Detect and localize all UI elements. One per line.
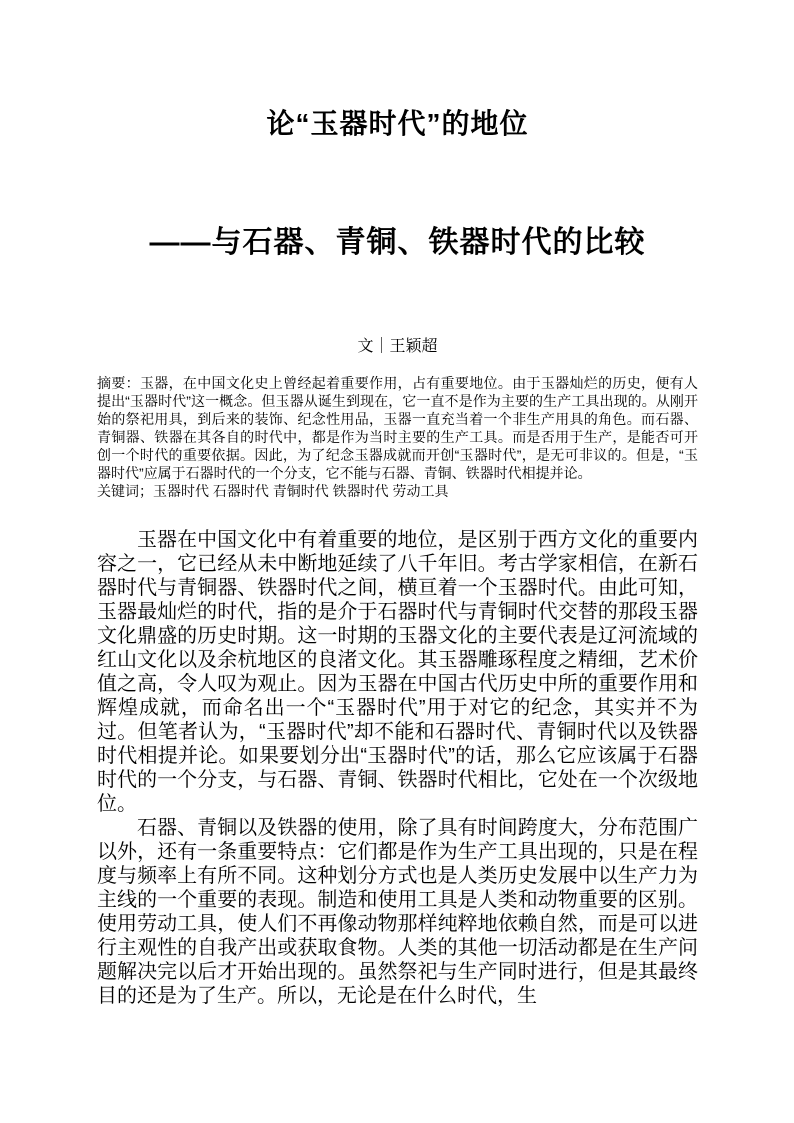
author-byline: 文｜王颖超 (97, 336, 698, 358)
keywords-line: 关键词；玉器时代 石器时代 青铜时代 铁器时代 劳动工具 (97, 482, 698, 500)
abstract-text: 摘要：玉器，在中国文化史上曾经起着重要作用，占有重要地位。由于玉器灿烂的历史，便… (97, 374, 698, 482)
body-paragraph-1: 玉器在中国文化中有着重要的地位，是区别于西方文化的重要内容之一，它已经从未中断地… (97, 528, 698, 816)
document-subtitle: ——与石器、青铜、铁器时代的比较 (97, 222, 698, 264)
body-paragraph-2: 石器、青铜以及铁器的使用，除了具有时间跨度大，分布范围广以外，还有一条重要特点：… (97, 816, 698, 1008)
document-title: 论“玉器时代”的地位 (97, 104, 698, 144)
document-page: 论“玉器时代”的地位 ——与石器、青铜、铁器时代的比较 文｜王颖超 摘要：玉器，… (0, 0, 794, 1123)
